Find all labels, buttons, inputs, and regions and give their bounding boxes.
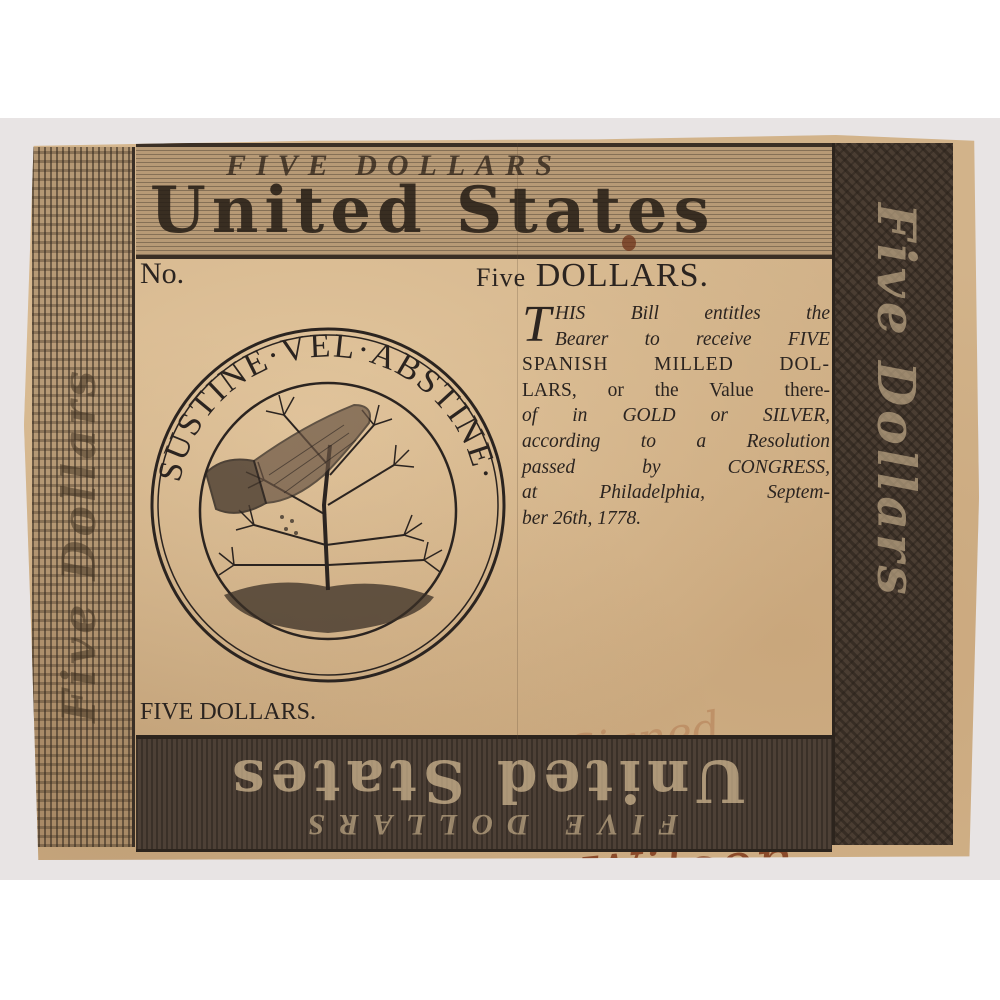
right-ornate-border: Five Dollars [832, 143, 953, 845]
promise-line-7: passed by CONGRESS, [522, 455, 830, 481]
drop-cap: T [522, 303, 551, 347]
hand-and-thorn-bush-icon: SUSTINE·VEL·ABSTINE· [144, 305, 512, 689]
promise-line-9: ber 26th, 1778. [522, 506, 830, 532]
denomination-word-dollars: DOLLARS. [536, 257, 709, 294]
left-ornate-border: Five Dollars [32, 147, 135, 847]
fold-crease [517, 143, 518, 845]
denomination-bottom: FIVE DOLLARS. [140, 699, 316, 726]
center-field: No. Five DOLLARS. SUSTINE·VEL·ABSTINE· [136, 253, 832, 733]
seal-emblem: SUSTINE·VEL·ABSTINE· [144, 305, 512, 689]
denomination-word-five: Five [476, 263, 526, 292]
serial-number-label: No. [140, 257, 184, 291]
denomination-top: Five DOLLARS. [476, 257, 709, 295]
promise-line-8: at Philadelphia, Septem- [522, 480, 830, 506]
promise-line-3: SPANISH MILLED DOL- [522, 352, 830, 378]
promise-line-2: Bearer to receive FIVE [522, 327, 830, 353]
bottom-banner-inverted: United States FIVE DOLLARS [136, 735, 832, 852]
promise-text-block: T HIS Bill entitles the Bearer to receiv… [522, 301, 830, 531]
top-banner: FIVE DOLLARS United States [136, 143, 832, 259]
promise-line-5: of in GOLD or SILVER, [522, 403, 830, 429]
promise-line-4: LARS, or the Value there- [522, 378, 830, 404]
ink-stain [622, 235, 636, 251]
bottom-banner-lower-text: FIVE DOLLARS [146, 807, 826, 841]
promise-line-6: according to a Resolution [522, 429, 830, 455]
banknote: Five Dollars FIVE DOLLARS United States … [24, 135, 979, 860]
bottom-banner-title: United States [146, 747, 826, 815]
left-border-text: Five Dollars [52, 367, 106, 723]
right-border-text: Five Dollars [865, 203, 926, 599]
promise-line-1: HIS Bill entitles the [522, 301, 830, 327]
